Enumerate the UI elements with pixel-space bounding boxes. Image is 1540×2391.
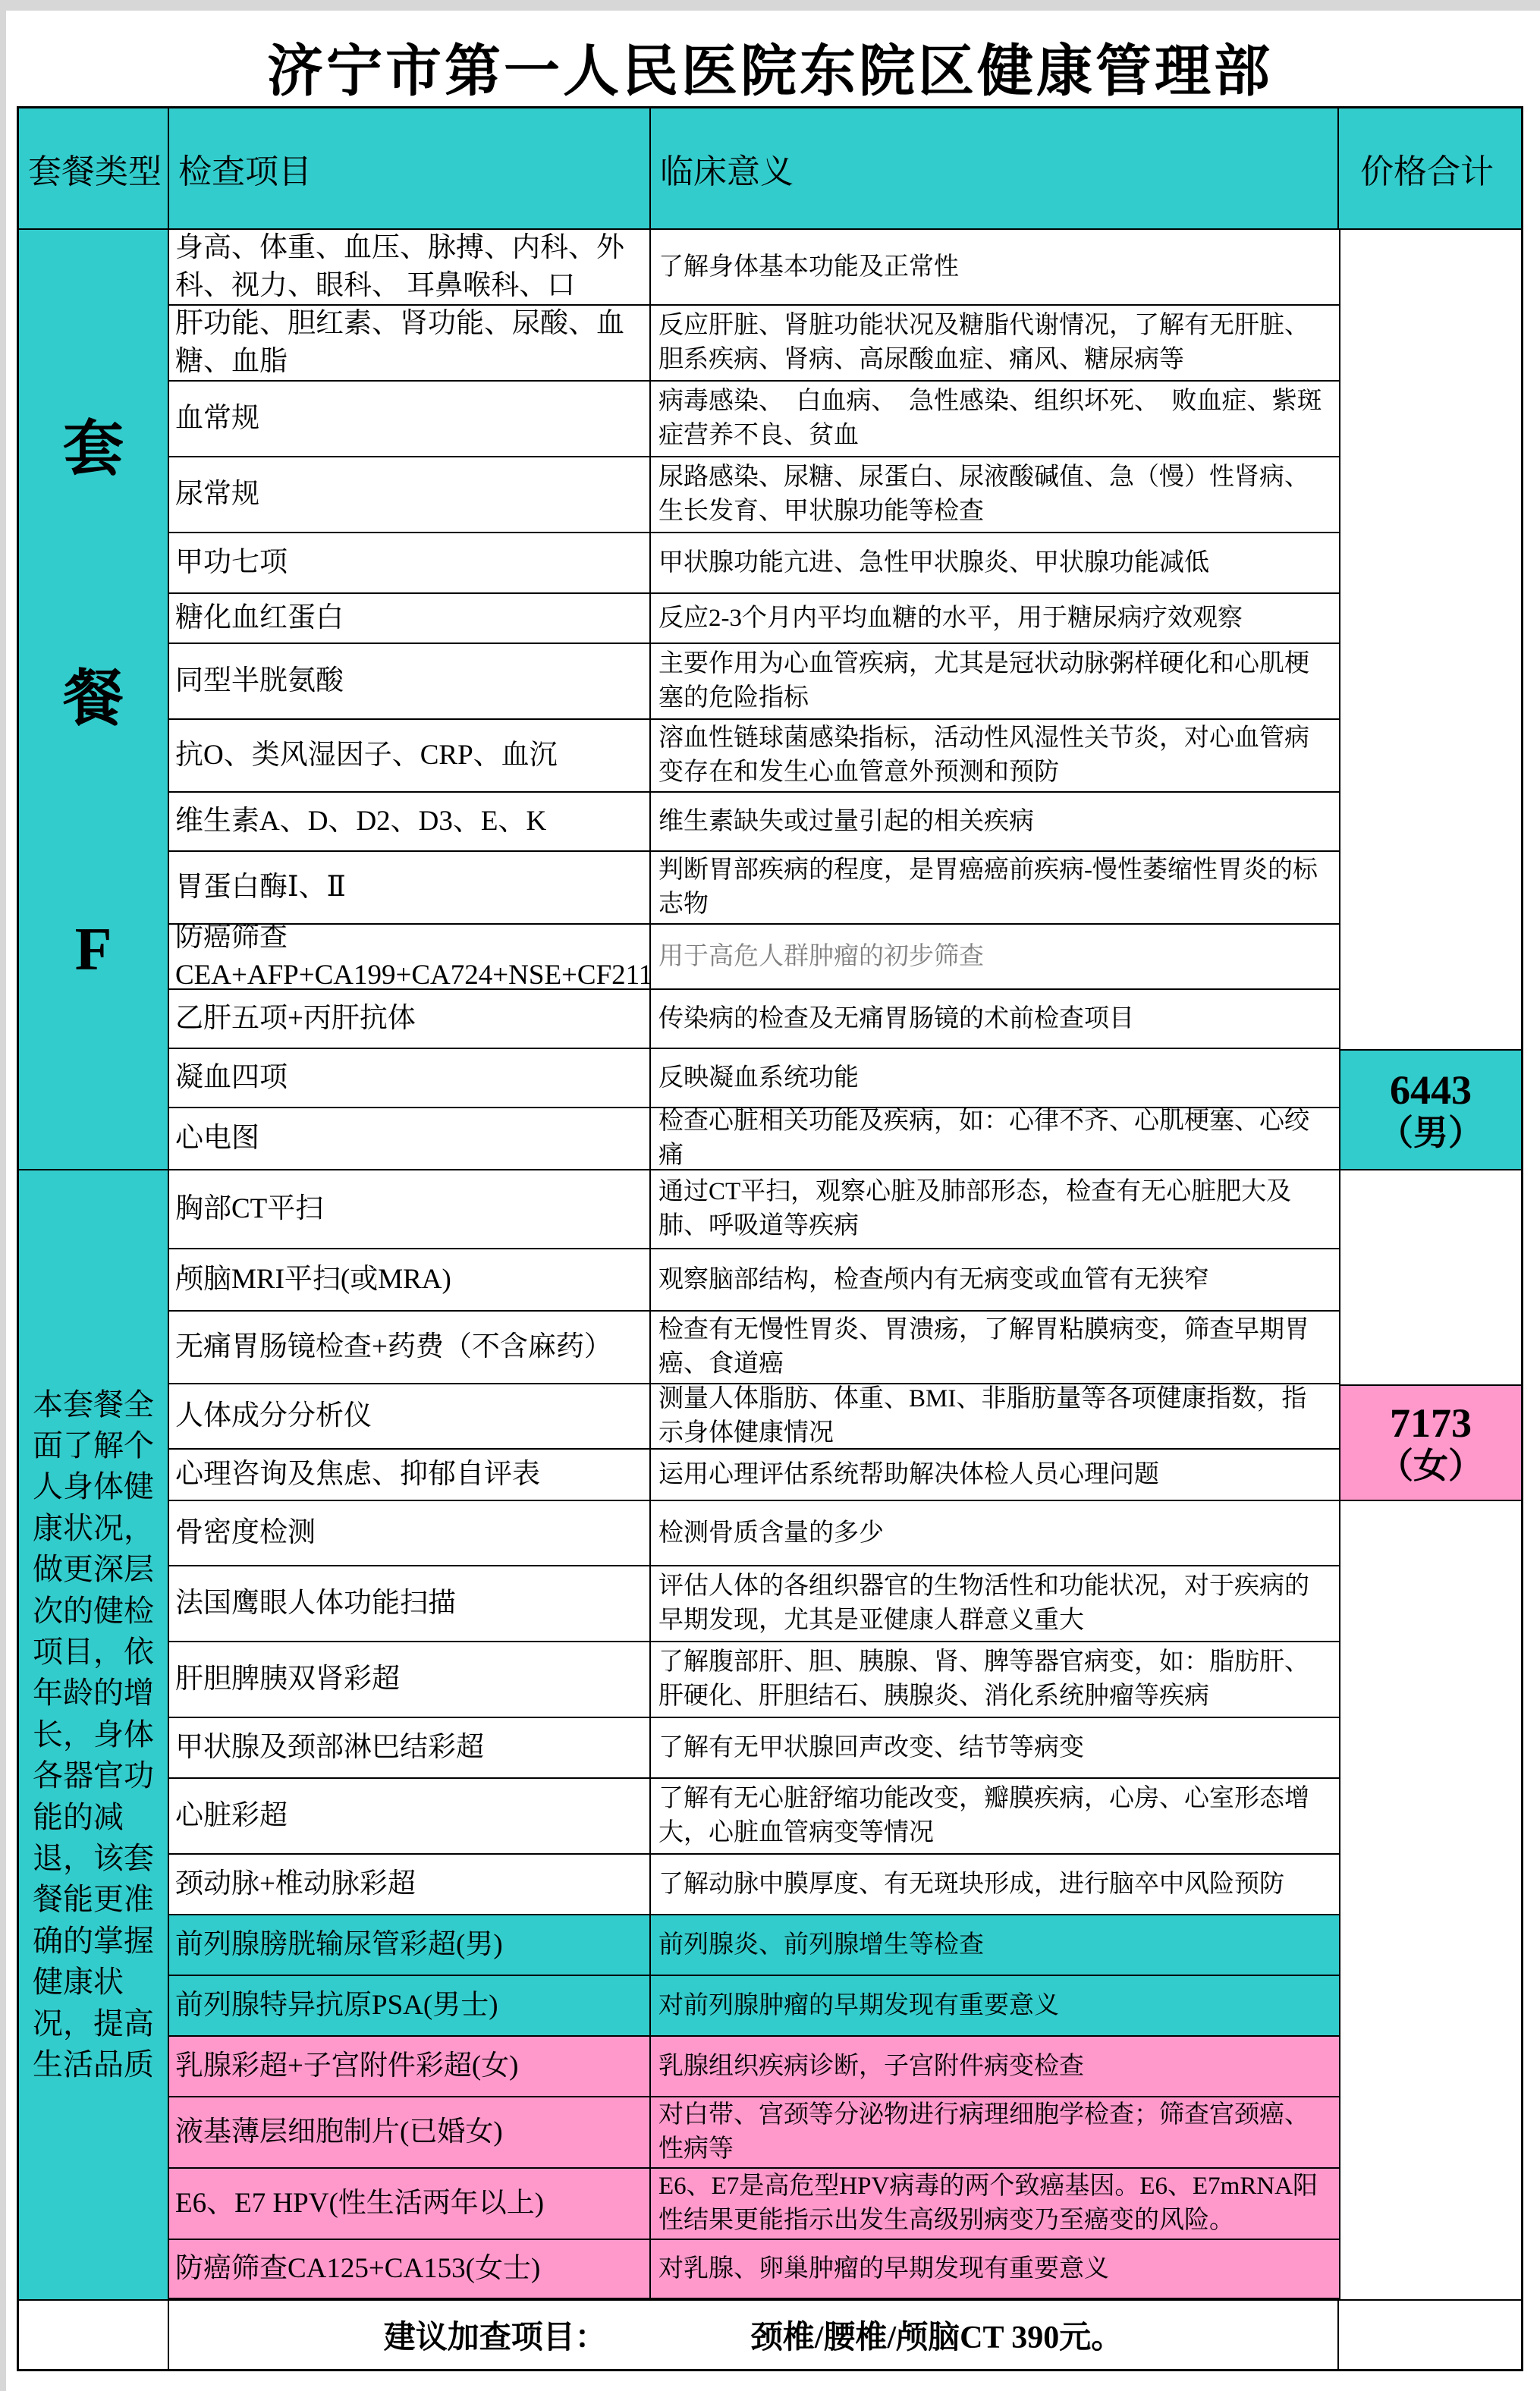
exam-item-cell: 骨密度检测: [169, 1501, 651, 1565]
table-header: 套餐类型 检查项目 临床意义 价格合计: [19, 108, 1521, 230]
table-row: 前列腺特异抗原PSA(男士)对前列腺肿瘤的早期发现有重要意义: [169, 1976, 1339, 2037]
table-row: E6、E7 HPV(性生活两年以上)E6、E7是高危型HPV病毒的两个致癌基因。…: [169, 2169, 1339, 2240]
clinical-significance-cell: 检查有无慢性胃炎、胃溃疡，了解胃粘膜病变，筛查早期胃癌、食道癌: [651, 1312, 1339, 1383]
table-row: 甲状腺及颈部淋巴结彩超了解有无甲状腺回声改变、结节等病变: [169, 1718, 1339, 1779]
header-exam-item: 检查项目: [169, 108, 651, 228]
exam-item-cell: 前列腺特异抗原PSA(男士): [169, 1976, 651, 2035]
clinical-significance-cell: 了解有无甲状腺回声改变、结节等病变: [651, 1718, 1339, 1777]
exam-item-cell: 凝血四项: [169, 1049, 651, 1107]
clinical-significance-cell: 乳腺组织疾病诊断，子宫附件病变检查: [651, 2037, 1339, 2096]
clinical-significance-cell: 测量人体脂肪、体重、BMI、非脂肪量等各项健康指数，指示身体健康情况: [651, 1384, 1339, 1448]
clinical-significance-cell: 用于高危人群肿瘤的初步筛查: [651, 925, 1339, 988]
footer-row: 建议加查项目： 颈椎/腰椎/颅脑CT 390元。: [19, 2299, 1521, 2369]
footer-suggestion-cell: 建议加查项目： 颈椎/腰椎/颅脑CT 390元。: [169, 2301, 1339, 2369]
package-char-3: F: [75, 919, 112, 980]
footer-suggestion-label: 建议加查项目：: [384, 2312, 607, 2358]
exam-item-cell: 无痛胃肠镜检查+药费（不含麻药）: [169, 1312, 651, 1383]
clinical-significance-cell: 了解动脉中膜厚度、有无斑块形成，进行脑卒中风险预防: [651, 1855, 1339, 1914]
table-row: 同型半胱氨酸主要作用为心血管疾病，尤其是冠状动脉粥样硬化和心肌梗塞的危险指标: [169, 644, 1339, 720]
clinical-significance-cell: 主要作用为心血管疾病，尤其是冠状动脉粥样硬化和心肌梗塞的危险指标: [651, 644, 1339, 718]
exam-item-cell: 抗O、类风湿因子、CRP、血沉: [169, 720, 651, 791]
exam-item-cell: E6、E7 HPV(性生活两年以上): [169, 2169, 651, 2239]
table-row: 人体成分分析仪测量人体脂肪、体重、BMI、非脂肪量等各项健康指数，指示身体健康情…: [169, 1384, 1339, 1450]
package-name-cell: 套 餐 F: [19, 230, 169, 1170]
clinical-significance-cell: 对乳腺、卵巢肿瘤的早期发现有重要意义: [651, 2240, 1339, 2298]
header-package-type: 套餐类型: [19, 108, 169, 228]
table-row: 乙肝五项+丙肝抗体传染病的检查及无痛胃肠镜的术前检查项目: [169, 990, 1339, 1049]
exam-item-cell: 甲状腺及颈部淋巴结彩超: [169, 1718, 651, 1777]
table-row: 血常规病毒感染、 白血病、 急性感染、组织坏死、 败血症、紫斑症营养不良、贫血: [169, 382, 1339, 457]
exam-item-cell: 心理咨询及焦虑、抑郁自评表: [169, 1450, 651, 1500]
table-row: 心理咨询及焦虑、抑郁自评表运用心理评估系统帮助解决体检人员心理问题: [169, 1450, 1339, 1501]
clinical-significance-cell: 对白带、宫颈等分泌物进行病理细胞学检查；筛查宫颈癌、性病等: [651, 2097, 1339, 2167]
exam-item-cell: 法国鹰眼人体功能扫描: [169, 1566, 651, 1641]
clinical-significance-cell: 了解身体基本功能及正常性: [651, 230, 1339, 304]
footer-left-spacer: [19, 2301, 169, 2369]
clinical-significance-cell: 运用心理评估系统帮助解决体检人员心理问题: [651, 1450, 1339, 1500]
table-row: 胃蛋白酶Ⅰ、Ⅱ判断胃部疾病的程度，是胃癌癌前疾病-慢性萎缩性胃炎的标志物: [169, 852, 1339, 925]
price-female-cell: 7173 （女）: [1340, 1384, 1521, 1501]
price-male-label: （男）: [1378, 1114, 1483, 1154]
exam-item-cell: 防癌筛查CA125+CA153(女士): [169, 2240, 651, 2298]
spreadsheet-page: 济宁市第一人民医院东院区健康管理部 套餐类型 检查项目 临床意义 价格合计 套 …: [6, 11, 1540, 2391]
exam-item-cell: 液基薄层细胞制片(已婚女): [169, 2097, 651, 2167]
clinical-significance-cell: 传染病的检查及无痛胃肠镜的术前检查项目: [651, 990, 1339, 1048]
table-row: 抗O、类风湿因子、CRP、血沉溶血性链球菌感染指标，活动性风湿性关节炎，对心血管…: [169, 720, 1339, 793]
table-row: 尿常规尿路感染、尿糖、尿蛋白、尿液酸碱值、急（慢）性肾病、生长发育、甲状腺功能等…: [169, 457, 1339, 533]
table-row: 肝功能、胆红素、肾功能、尿酸、血糖、血脂反应肝脏、肾脏功能状况及糖脂代谢情况，了…: [169, 306, 1339, 382]
table-row: 法国鹰眼人体功能扫描评估人体的各组织器官的生物活性和功能状况，对于疾病的早期发现…: [169, 1566, 1339, 1642]
page-title: 济宁市第一人民医院东院区健康管理部: [17, 27, 1523, 106]
header-clinical-significance: 临床意义: [651, 108, 1339, 228]
clinical-significance-cell: 对前列腺肿瘤的早期发现有重要意义: [651, 1976, 1339, 2035]
exam-item-cell: 维生素A、D、D2、D3、E、K: [169, 793, 651, 850]
table-row: 防癌筛查CEA+AFP+CA199+CA724+NSE+CF211用于高危人群肿…: [169, 925, 1339, 990]
table-row: 无痛胃肠镜检查+药费（不含麻药）检查有无慢性胃炎、胃溃疡，了解胃粘膜病变，筛查早…: [169, 1312, 1339, 1384]
price-female-label: （女）: [1378, 1447, 1483, 1487]
footer-right-spacer: [1339, 2301, 1521, 2369]
exam-item-cell: 胸部CT平扫: [169, 1170, 651, 1248]
package-char-1: 套: [63, 419, 124, 480]
exam-item-cell: 人体成分分析仪: [169, 1384, 651, 1448]
price-female-value: 7173: [1390, 1400, 1472, 1447]
table-row: 肝胆脾胰双肾彩超了解腹部肝、胆、胰腺、肾、脾等器官病变，如：脂肪肝、肝硬化、肝胆…: [169, 1642, 1339, 1718]
table-row: 糖化血红蛋白反应2-3个月内平均血糖的水平，用于糖尿病疗效观察: [169, 594, 1339, 644]
clinical-significance-cell: 维生素缺失或过量引起的相关疾病: [651, 793, 1339, 850]
table-row: 身高、体重、血压、脉搏、内科、外科、视力、眼科、 耳鼻喉科、口了解身体基本功能及…: [169, 230, 1339, 306]
clinical-significance-cell: 评估人体的各组织器官的生物活性和功能状况，对于疾病的早期发现，尤其是亚健康人群意…: [651, 1566, 1339, 1641]
clinical-significance-cell: 判断胃部疾病的程度，是胃癌癌前疾病-慢性萎缩性胃炎的标志物: [651, 852, 1339, 923]
price-male-cell: 6443 （男）: [1340, 1049, 1521, 1170]
exam-item-cell: 身高、体重、血压、脉搏、内科、外科、视力、眼科、 耳鼻喉科、口: [169, 230, 651, 304]
table-row: 心脏彩超了解有无心脏舒缩功能改变，瓣膜疾病，心房、心室形态增大，心脏血管病变等情…: [169, 1779, 1339, 1855]
package-description-cell: 本套餐全 面了解个 人身体健 康状况， 做更深层 次的健检 项目，依 年龄的增 …: [19, 1170, 169, 2299]
exam-item-cell: 防癌筛查CEA+AFP+CA199+CA724+NSE+CF211: [169, 925, 651, 988]
exam-item-cell: 肝胆脾胰双肾彩超: [169, 1642, 651, 1717]
exam-item-cell: 甲功七项: [169, 533, 651, 592]
footer-suggestion-value: 颈椎/腰椎/颅脑CT 390元。: [751, 2312, 1123, 2358]
exam-item-cell: 胃蛋白酶Ⅰ、Ⅱ: [169, 852, 651, 923]
header-total-price: 价格合计: [1339, 108, 1521, 228]
rows-container: 身高、体重、血压、脉搏、内科、外科、视力、眼科、 耳鼻喉科、口了解身体基本功能及…: [169, 230, 1339, 2299]
table-row: 骨密度检测检测骨质含量的多少: [169, 1501, 1339, 1566]
package-table: 套餐类型 检查项目 临床意义 价格合计 套 餐 F 本套餐全 面了解个 人身体健…: [17, 106, 1523, 2371]
clinical-significance-cell: 检测骨质含量的多少: [651, 1501, 1339, 1565]
exam-item-cell: 颈动脉+椎动脉彩超: [169, 1855, 651, 1914]
table-row: 前列腺膀胱输尿管彩超(男)前列腺炎、前列腺增生等检查: [169, 1915, 1339, 1976]
exam-item-cell: 血常规: [169, 382, 651, 456]
exam-item-cell: 糖化血红蛋白: [169, 594, 651, 643]
exam-item-cell: 心电图: [169, 1108, 651, 1169]
clinical-significance-cell: 通过CT平扫，观察心脏及肺部形态，检查有无心脏肥大及肺、呼吸道等疾病: [651, 1170, 1339, 1248]
exam-item-cell: 前列腺膀胱输尿管彩超(男): [169, 1915, 651, 1975]
table-row: 液基薄层细胞制片(已婚女)对白带、宫颈等分泌物进行病理细胞学检查；筛查宫颈癌、性…: [169, 2097, 1339, 2169]
table-row: 凝血四项反映凝血系统功能: [169, 1049, 1339, 1108]
exam-item-cell: 尿常规: [169, 457, 651, 532]
clinical-significance-cell: 尿路感染、尿糖、尿蛋白、尿液酸碱值、急（慢）性肾病、生长发育、甲状腺功能等检查: [651, 457, 1339, 532]
exam-item-cell: 肝功能、胆红素、肾功能、尿酸、血糖、血脂: [169, 306, 651, 380]
price-male-value: 6443: [1390, 1067, 1472, 1114]
clinical-significance-cell: 观察脑部结构，检查颅内有无病变或血管有无狭窄: [651, 1249, 1339, 1310]
table-row: 心电图检查心脏相关功能及疾病，如：心律不齐、心肌梗塞、心绞痛: [169, 1108, 1339, 1170]
exam-item-cell: 乳腺彩超+子宫附件彩超(女): [169, 2037, 651, 2096]
table-row: 乳腺彩超+子宫附件彩超(女)乳腺组织疾病诊断，子宫附件病变检查: [169, 2037, 1339, 2097]
clinical-significance-cell: 病毒感染、 白血病、 急性感染、组织坏死、 败血症、紫斑症营养不良、贫血: [651, 382, 1339, 456]
table-row: 维生素A、D、D2、D3、E、K维生素缺失或过量引起的相关疾病: [169, 793, 1339, 852]
clinical-significance-cell: 反映凝血系统功能: [651, 1049, 1339, 1107]
clinical-significance-cell: 反应肝脏、肾脏功能状况及糖脂代谢情况，了解有无肝脏、胆系疾病、肾病、高尿酸血症、…: [651, 306, 1339, 380]
clinical-significance-cell: 了解腹部肝、胆、胰腺、肾、脾等器官病变，如：脂肪肝、肝硬化、肝胆结石、胰腺炎、消…: [651, 1642, 1339, 1717]
table-row: 颅脑MRI平扫(或MRA)观察脑部结构，检查颅内有无病变或血管有无狭窄: [169, 1249, 1339, 1312]
table-row: 甲功七项甲状腺功能亢进、急性甲状腺炎、甲状腺功能减低: [169, 533, 1339, 594]
exam-item-cell: 颅脑MRI平扫(或MRA): [169, 1249, 651, 1310]
exam-item-cell: 同型半胱氨酸: [169, 644, 651, 718]
package-char-2: 餐: [63, 669, 124, 730]
exam-item-cell: 乙肝五项+丙肝抗体: [169, 990, 651, 1048]
clinical-significance-cell: 了解有无心脏舒缩功能改变，瓣膜疾病，心房、心室形态增大，心脏血管病变等情况: [651, 1779, 1339, 1853]
price-column: 6443 （男） 7173 （女）: [1339, 230, 1521, 2299]
exam-item-cell: 心脏彩超: [169, 1779, 651, 1853]
clinical-significance-cell: 反应2-3个月内平均血糖的水平，用于糖尿病疗效观察: [651, 594, 1339, 643]
clinical-significance-cell: 甲状腺功能亢进、急性甲状腺炎、甲状腺功能减低: [651, 533, 1339, 592]
table-row: 颈动脉+椎动脉彩超了解动脉中膜厚度、有无斑块形成，进行脑卒中风险预防: [169, 1855, 1339, 1915]
clinical-significance-cell: E6、E7是高危型HPV病毒的两个致癌基因。E6、E7mRNA阳性结果更能指示出…: [651, 2169, 1339, 2239]
clinical-significance-cell: 溶血性链球菌感染指标，活动性风湿性关节炎，对心血管病变存在和发生心血管意外预测和…: [651, 720, 1339, 791]
clinical-significance-cell: 检查心脏相关功能及疾病，如：心律不齐、心肌梗塞、心绞痛: [651, 1108, 1339, 1169]
clinical-significance-cell: 前列腺炎、前列腺增生等检查: [651, 1915, 1339, 1975]
table-row: 胸部CT平扫通过CT平扫，观察心脏及肺部形态，检查有无心脏肥大及肺、呼吸道等疾病: [169, 1170, 1339, 1249]
table-row: 防癌筛查CA125+CA153(女士)对乳腺、卵巢肿瘤的早期发现有重要意义: [169, 2240, 1339, 2299]
